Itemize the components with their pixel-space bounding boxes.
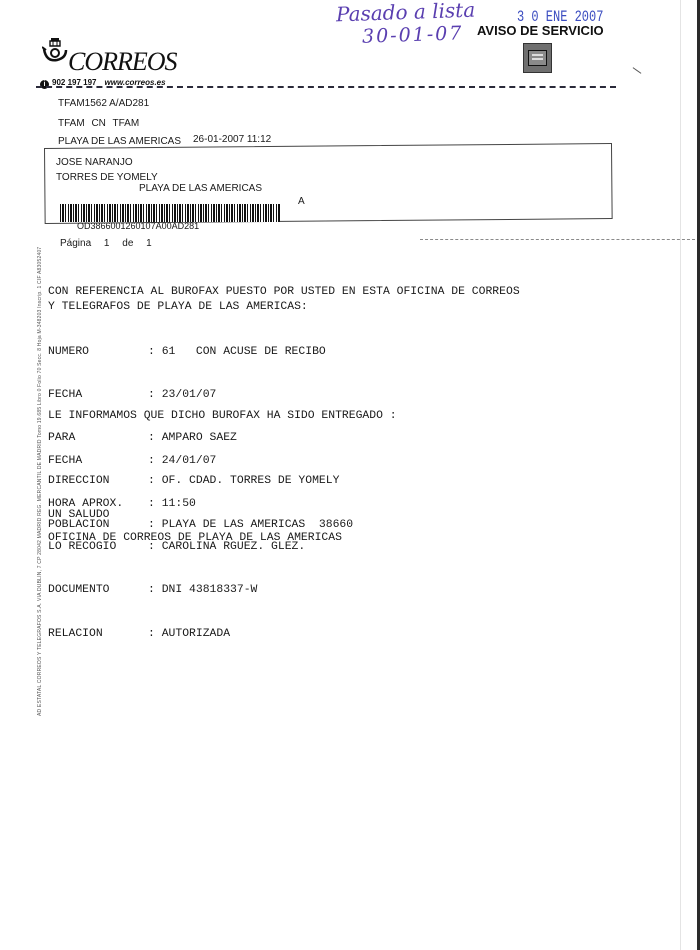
- scan-mark: [633, 67, 642, 74]
- legal-side-text: AD ESTATAL CORREOS Y TELEGRAFOS S.A. VIA…: [37, 247, 43, 716]
- box-divider: [420, 239, 695, 240]
- issue-datetime: 26-01-2007 11:12: [193, 134, 271, 145]
- recipient-city: PLAYA DE LAS AMERICAS: [139, 183, 262, 194]
- delivery-row: DOCUMENTO: DNI 43818337-W: [48, 583, 305, 597]
- handwritten-date: 30-01-07: [362, 22, 464, 48]
- page-sep: de: [122, 238, 133, 249]
- pagination: Página 1 de 1: [60, 238, 152, 249]
- page-total: 1: [146, 238, 152, 249]
- letter-intro-line2: Y TELEGRAFOS DE PLAYA DE LAS AMERICAS:: [48, 300, 308, 314]
- page-current: 1: [104, 238, 110, 249]
- header-divider: [36, 86, 616, 88]
- letter-intro-line1: CON REFERENCIA AL BUROFAX PUESTO POR UST…: [48, 285, 520, 299]
- delivery-row: RELACION: AUTORIZADA: [48, 627, 305, 641]
- recipient-name: JOSE NARANJO: [56, 157, 133, 168]
- document-title: AVISO DE SERVICIO: [477, 23, 604, 38]
- recipient-address: TORRES DE YOMELY: [56, 172, 158, 183]
- barcode-number: OD3866001260107A00AD281: [77, 221, 199, 231]
- barcode: [60, 204, 280, 222]
- scan-edge-faint: [680, 0, 681, 950]
- page-label: Página: [60, 238, 91, 249]
- route-code: TFAM CN TFAM: [58, 118, 139, 129]
- signature: OFICINA DE CORREOS DE PLAYA DE LAS AMERI…: [48, 531, 342, 545]
- delivery-row: FECHA: 24/01/07: [48, 454, 305, 468]
- reference-code: TFAM1562 A/AD281: [58, 98, 149, 109]
- detail-row: NUMERO: 61 CON ACUSE DE RECIBO: [48, 345, 353, 359]
- detail-row: FECHA: 23/01/07: [48, 388, 353, 402]
- brand-name: CORREOS: [68, 47, 177, 77]
- greeting: UN SALUDO: [48, 508, 110, 522]
- delivery-intro: LE INFORMAMOS QUE DICHO BUROFAX HA SIDO …: [48, 409, 397, 423]
- recipient-marker: A: [298, 196, 305, 207]
- envelope-icon: [523, 43, 552, 73]
- office-name: PLAYA DE LAS AMERICAS: [58, 136, 181, 147]
